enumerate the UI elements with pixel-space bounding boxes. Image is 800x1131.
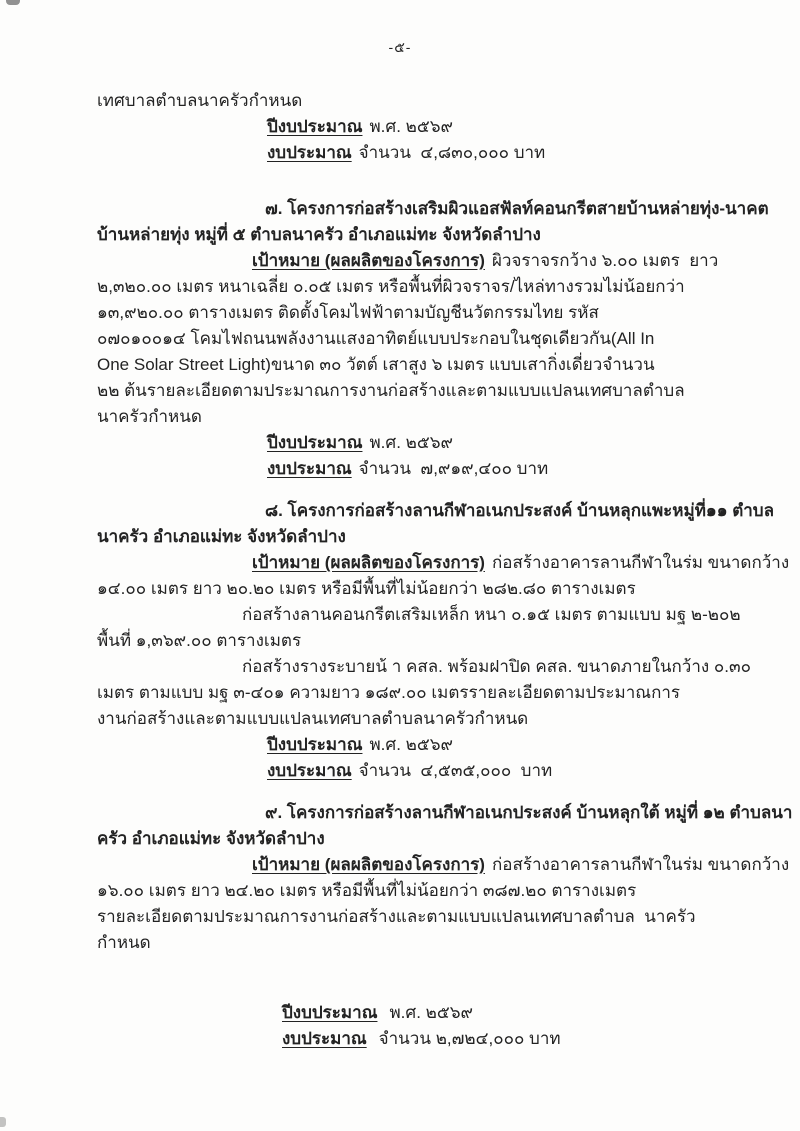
fiscal-year-label: ปีงบประมาณ <box>267 433 362 452</box>
body-line: เมตร ตามแบบ มฐ ๓-๔๐๑ ความยาว ๑๘๙.๐๐ เมตร… <box>97 680 772 706</box>
budget-value: จำนวน ๔,๕๓๕,๐๐๐ บาท <box>352 761 553 780</box>
section-project-7: ๗. โครงการก่อสร้างเสริมผิวแอสฟัลท์คอนกรี… <box>97 196 772 482</box>
fiscal-year-label: ปีงบประมาณ <box>267 117 362 136</box>
goal-label: เป้าหมาย (ผลผลิตของโครงการ) <box>252 251 485 270</box>
project-title-line: ๙. โครงการก่อสร้างลานกีฬาอเนกประสงค์ บ้า… <box>265 800 772 826</box>
body-line: พื้นที่ ๑,๓๖๙.๐๐ ตารางเมตร <box>97 628 772 654</box>
fiscal-year-value: พ.ศ. ๒๕๖๙ <box>377 1003 472 1022</box>
section-project-9: ๙. โครงการก่อสร้างลานกีฬาอเนกประสงค์ บ้า… <box>97 800 772 1052</box>
goal-text: ก่อสร้างอาคารลานกีฬาในร่ม ขนาดกว้าง <box>485 553 789 572</box>
body-line: ๑๔.๐๐ เมตร ยาว ๒๐.๒๐ เมตร หรือมีพื้นที่ไ… <box>97 576 772 602</box>
fiscal-year-label: ปีงบประมาณ <box>282 1003 377 1022</box>
budget-value: จำนวน ๗,๙๑๙,๔๐๐ บาท <box>352 459 549 478</box>
intro-continuation-line: เทศบาลตำบลนาครัวกำหนด <box>97 88 772 114</box>
goal-label: เป้าหมาย (ผลผลิตของโครงการ) <box>252 553 485 572</box>
page-number: -๕- <box>0 38 800 56</box>
body-line: ๑๓,๙๒๐.๐๐ ตารางเมตร ติดตั้งโคมไฟฟ้าตามบั… <box>97 300 772 326</box>
body-line: One Solar Street Light)ขนาด ๓๐ วัตต์ เสา… <box>97 352 772 378</box>
body-line: ๒,๓๒๐.๐๐ เมตร หนาเฉลี่ย ๐.๐๕ เมตร หรือพื… <box>97 274 772 300</box>
section-project-8: ๘. โครงการก่อสร้างลานกีฬาอเนกประสงค์ บ้า… <box>97 498 772 784</box>
body-line: ๒๒ ต้นรายละเอียดตามประมาณการงานก่อสร้างแ… <box>97 378 772 404</box>
fiscal-year-value: พ.ศ. ๒๕๖๙ <box>362 433 452 452</box>
project-title-line: ครัว อำเภอแม่ทะ จังหวัดลำปาง <box>97 826 772 852</box>
section-intro: เทศบาลตำบลนาครัวกำหนด ปีงบประมาณพ.ศ. ๒๕๖… <box>97 88 772 166</box>
budget-line: งบประมาณจำนวน ๒,๗๒๔,๐๐๐ บาท <box>282 1026 772 1052</box>
body-line: ๑๖.๐๐ เมตร ยาว ๒๔.๒๐ เมตร หรือมีพื้นที่ไ… <box>97 878 772 904</box>
goal-label: เป้าหมาย (ผลผลิตของโครงการ) <box>252 855 485 874</box>
goal-line: เป้าหมาย (ผลผลิตของโครงการ)ก่อสร้างอาคาร… <box>252 550 772 576</box>
fiscal-year-value: พ.ศ. ๒๕๖๙ <box>362 117 452 136</box>
goal-text: ผิวจราจรกว้าง ๖.๐๐ เมตร ยาว <box>485 251 718 270</box>
budget-line: งบประมาณจำนวน ๗,๙๑๙,๔๐๐ บาท <box>267 456 772 482</box>
fiscal-year-line: ปีงบประมาณพ.ศ. ๒๕๖๙ <box>282 1000 772 1026</box>
budget-value: จำนวน ๔,๘๓๐,๐๐๐ บาท <box>352 143 546 162</box>
body-line: กำหนด <box>97 930 772 956</box>
goal-line: เป้าหมาย (ผลผลิตของโครงการ)ก่อสร้างอาคาร… <box>252 852 772 878</box>
budget-label: งบประมาณ <box>282 1029 367 1048</box>
budget-label: งบประมาณ <box>267 143 352 162</box>
fiscal-year-line: ปีงบประมาณพ.ศ. ๒๕๖๙ <box>267 430 772 456</box>
project-title-line: ๗. โครงการก่อสร้างเสริมผิวแอสฟัลท์คอนกรี… <box>265 196 772 222</box>
budget-line: งบประมาณจำนวน ๔,๘๓๐,๐๐๐ บาท <box>267 140 772 166</box>
body-line: ก่อสร้างรางระบายน้ า คสล. พร้อมฝาปิด คสล… <box>242 654 772 680</box>
body-line: ก่อสร้างลานคอนกรีตเสริมเหล็ก หนา ๐.๑๕ เม… <box>242 602 772 628</box>
project-title-line: บ้านหล่ายทุ่ง หมู่ที่ ๕ ตำบลนาครัว อำเภอ… <box>97 222 772 248</box>
scan-artifact <box>6 0 20 5</box>
project-title-line: นาครัว อำเภอแม่ทะ จังหวัดลำปาง <box>97 524 772 550</box>
body-line: นาครัวกำหนด <box>97 404 772 430</box>
fiscal-year-line: ปีงบประมาณพ.ศ. ๒๕๖๙ <box>267 732 772 758</box>
goal-text: ก่อสร้างอาคารลานกีฬาในร่ม ขนาดกว้าง <box>485 855 789 874</box>
fiscal-year-label: ปีงบประมาณ <box>267 735 362 754</box>
budget-value: จำนวน ๒,๗๒๔,๐๐๐ บาท <box>367 1029 561 1048</box>
project-title-line: ๘. โครงการก่อสร้างลานกีฬาอเนกประสงค์ บ้า… <box>265 498 772 524</box>
budget-label: งบประมาณ <box>267 459 352 478</box>
blank-gap <box>97 956 772 1000</box>
fiscal-year-value: พ.ศ. ๒๕๖๙ <box>362 735 452 754</box>
body-line: งานก่อสร้างและตามแบบแปลนเทศบาลตำบลนาครัว… <box>97 706 772 732</box>
budget-line: งบประมาณจำนวน ๔,๕๓๕,๐๐๐ บาท <box>267 758 772 784</box>
goal-line: เป้าหมาย (ผลผลิตของโครงการ)ผิวจราจรกว้าง… <box>252 248 772 274</box>
document-page: -๕- เทศบาลตำบลนาครัวกำหนด ปีงบประมาณพ.ศ.… <box>0 0 800 1131</box>
body-line: รายละเอียดตามประมาณการงานก่อสร้างและตามแ… <box>97 904 772 930</box>
fiscal-year-line: ปีงบประมาณพ.ศ. ๒๕๖๙ <box>267 114 772 140</box>
budget-label: งบประมาณ <box>267 761 352 780</box>
document-body: เทศบาลตำบลนาครัวกำหนด ปีงบประมาณพ.ศ. ๒๕๖… <box>97 88 772 1052</box>
scan-artifact <box>0 1117 6 1127</box>
body-line: ๐๗๐๑๐๐๑๔ โคมไฟถนนพลังงานแสงอาทิตย์แบบประ… <box>97 326 772 352</box>
